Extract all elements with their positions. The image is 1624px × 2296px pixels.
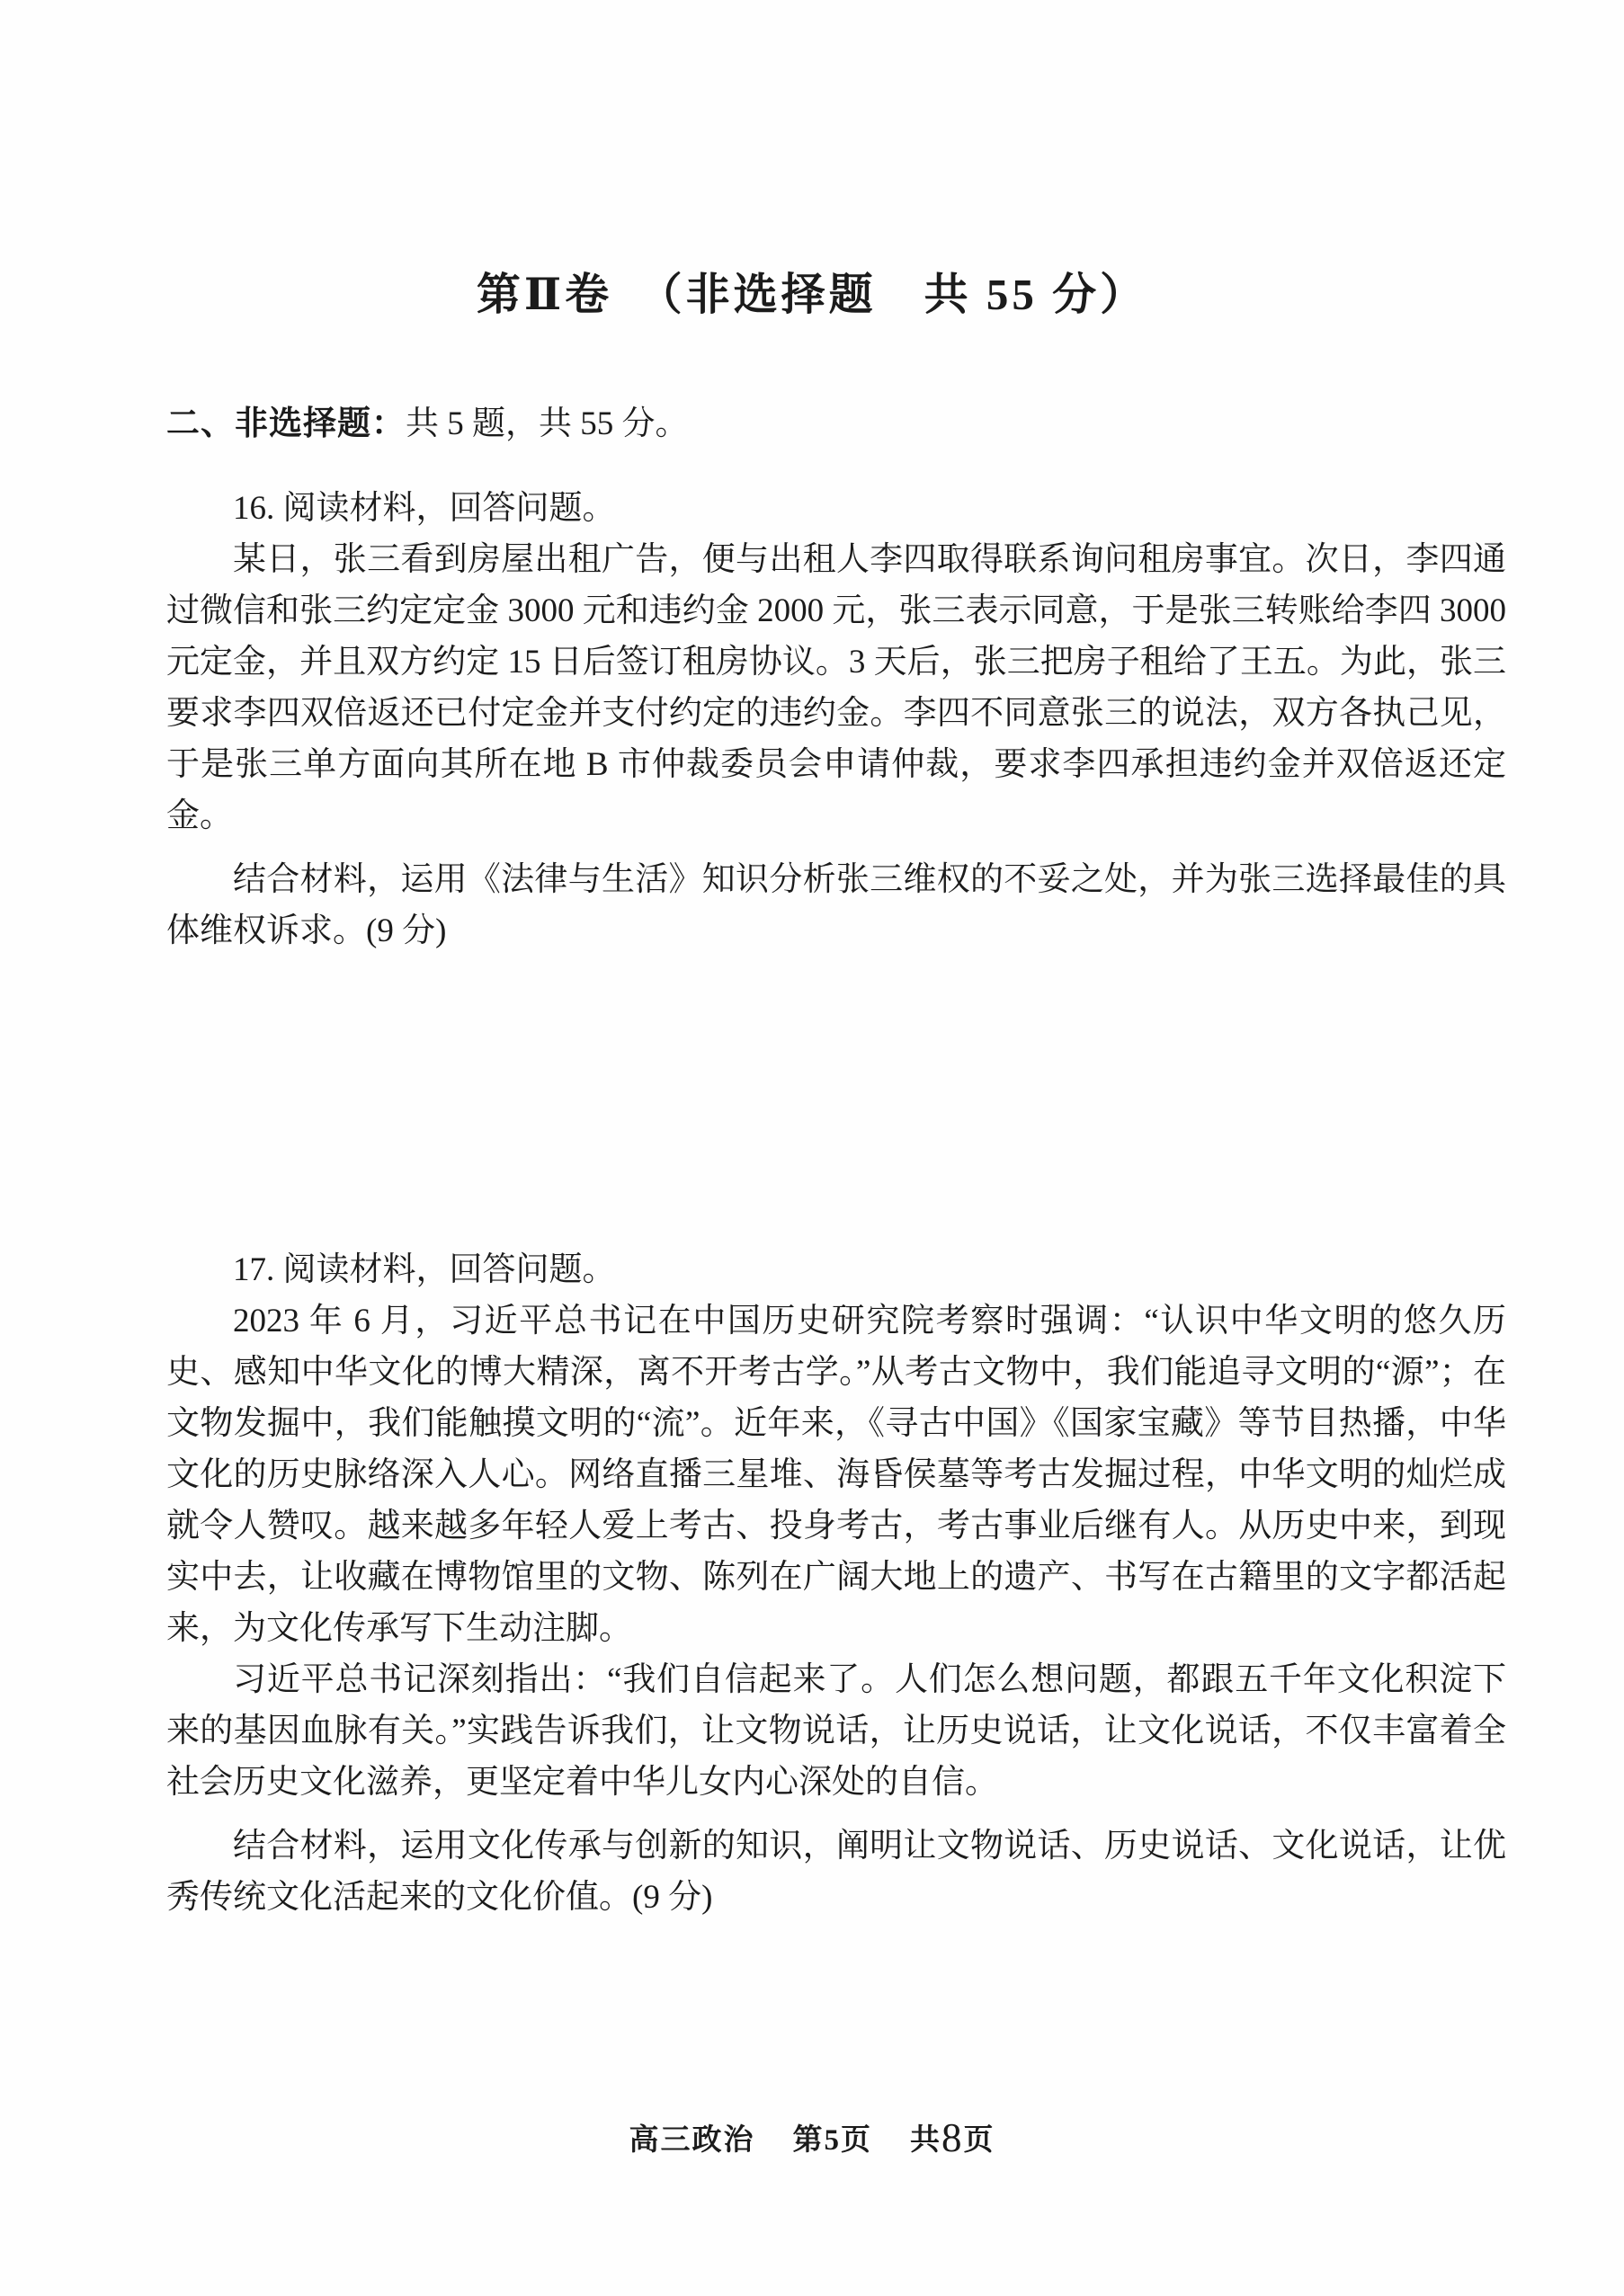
question-16-material-paragraph: 某日，张三看到房屋出租广告，便与出租人李四取得联系询问租房事宜。次日，李四通过微… xyxy=(166,534,1506,841)
answer-space-16 xyxy=(166,957,1506,1244)
page-footer: 高三政治第5页共8页 xyxy=(0,2114,1624,2161)
footer-total-pages: 共8页 xyxy=(910,2124,995,2157)
question-17-material-paragraph-2: 习近平总书记深刻指出：“我们自信起来了。人们怎么想问题，都跟五千年文化积淀下来的… xyxy=(166,1654,1506,1808)
section-heading-label: 二、非选择题： xyxy=(166,405,406,441)
question-17: 17. 阅读材料，回答问题。 2023 年 6 月，习近平总书记在中国历史研究院… xyxy=(166,1244,1506,1923)
question-17-task: 结合材料，运用文化传承与创新的知识，阐明让文物说话、历史说话、文化说话，让优秀传… xyxy=(166,1820,1506,1923)
exam-paper-page: 第Ⅱ卷 （非选择题 共 55 分） 二、非选择题：共 5 题，共 55 分。 1… xyxy=(0,0,1624,2296)
exam-part-title: 第Ⅱ卷 （非选择题 共 55 分） xyxy=(0,0,1624,322)
section-heading-summary: 共 5 题，共 55 分。 xyxy=(406,405,689,442)
footer-page-number: 第5页 xyxy=(793,2124,873,2157)
exam-body: 二、非选择题：共 5 题，共 55 分。 16. 阅读材料，回答问题。 某日，张… xyxy=(0,397,1624,1923)
question-17-heading: 17. 阅读材料，回答问题。 xyxy=(166,1244,1506,1295)
footer-total-suffix: 页 xyxy=(964,2124,995,2157)
question-16-heading: 16. 阅读材料，回答问题。 xyxy=(166,483,1506,534)
footer-total-number: 8 xyxy=(941,2115,964,2160)
footer-course-name: 高三政治 xyxy=(629,2124,755,2157)
question-16-task: 结合材料，运用《法律与生活》知识分析张三维权的不妥之处，并为张三选择最佳的具体维… xyxy=(166,854,1506,957)
question-17-material-paragraph-1: 2023 年 6 月，习近平总书记在中国历史研究院考察时强调：“认识中华文明的悠… xyxy=(166,1295,1506,1654)
question-16: 16. 阅读材料，回答问题。 某日，张三看到房屋出租广告，便与出租人李四取得联系… xyxy=(166,483,1506,957)
section-heading: 二、非选择题：共 5 题，共 55 分。 xyxy=(166,397,1506,449)
footer-total-prefix: 共 xyxy=(910,2124,941,2157)
